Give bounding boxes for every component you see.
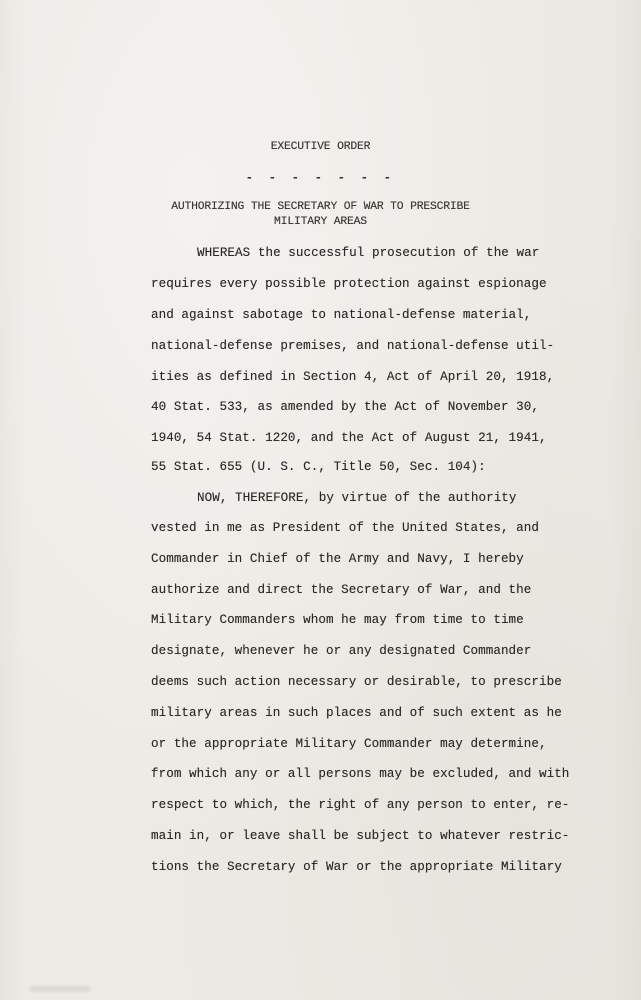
body-line: tions the Secretary of War or the approp… xyxy=(151,860,562,874)
body-line: authorize and direct the Secretary of Wa… xyxy=(151,583,531,597)
subtitle-line-2: MILITARY AREAS xyxy=(0,215,641,229)
body-line: national-defense premises, and national-… xyxy=(151,339,554,353)
body-line: from which any or all persons may be exc… xyxy=(151,767,569,781)
body-line: NOW, THEREFORE, by virtue of the authori… xyxy=(197,491,517,505)
body-line: 40 Stat. 533, as amended by the Act of N… xyxy=(151,400,539,414)
title-separator: - - - - - - - xyxy=(0,171,641,185)
body-line: deems such action necessary or desirable… xyxy=(151,675,562,689)
document-title: EXECUTIVE ORDER xyxy=(0,140,641,154)
body-line: military areas in such places and of suc… xyxy=(151,706,562,720)
body-line: 1940, 54 Stat. 1220, and the Act of Augu… xyxy=(151,431,547,445)
body-line: WHEREAS the successful prosecution of th… xyxy=(197,246,539,260)
body-line: designate, whenever he or any designated… xyxy=(151,644,531,658)
body-line: Commander in Chief of the Army and Navy,… xyxy=(151,552,524,566)
body-line: and against sabotage to national-defense… xyxy=(151,308,531,322)
body-line: respect to which, the right of any perso… xyxy=(151,798,569,812)
body-line: vested in me as President of the United … xyxy=(151,521,539,535)
body-line: 55 Stat. 655 (U. S. C., Title 50, Sec. 1… xyxy=(151,460,486,474)
body-line: Military Commanders whom he may from tim… xyxy=(151,613,524,627)
document-page: EXECUTIVE ORDER - - - - - - - AUTHORIZIN… xyxy=(0,0,641,1000)
body-line: main in, or leave shall be subject to wh… xyxy=(151,829,569,843)
body-line: requires every possible protection again… xyxy=(151,277,547,291)
body-line: ities as defined in Section 4, Act of Ap… xyxy=(151,370,554,384)
pencil-mark xyxy=(30,986,90,992)
subtitle-line-1: AUTHORIZING THE SECRETARY OF WAR TO PRES… xyxy=(0,200,641,214)
body-line: or the appropriate Military Commander ma… xyxy=(151,737,547,751)
